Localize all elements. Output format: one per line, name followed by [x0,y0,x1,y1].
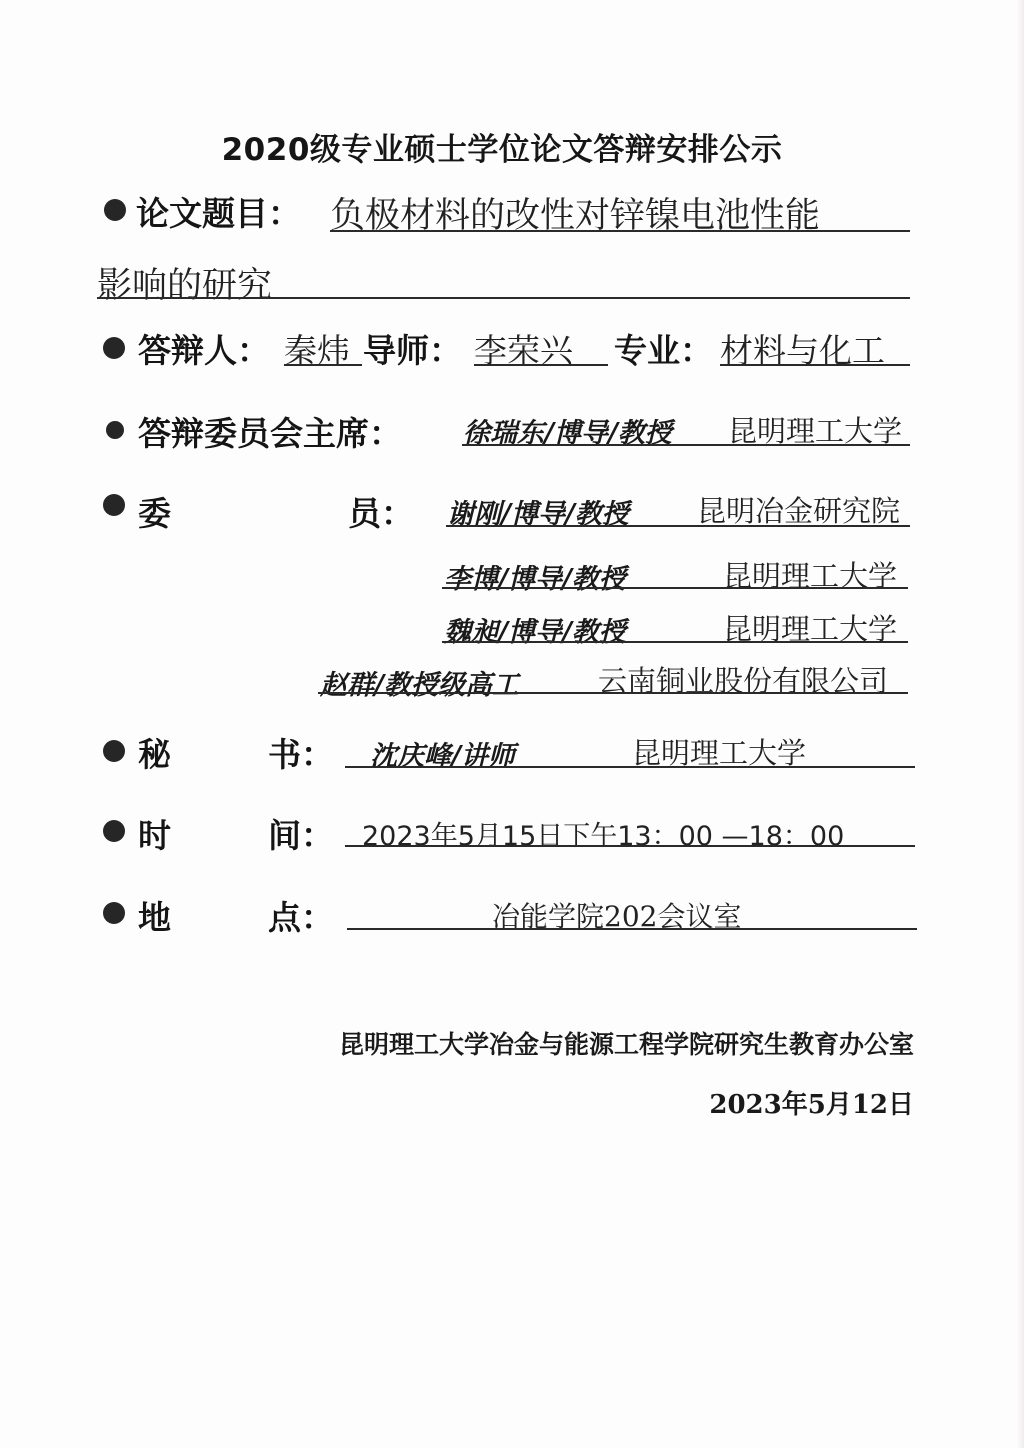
bullet-icon [103,337,125,359]
member-underline [446,525,910,527]
member-underline [442,641,908,643]
bullet-icon [106,421,124,439]
bullet-icon [103,740,125,762]
secretary-label-right: 书： [268,729,334,776]
bullet-icon [104,199,126,221]
issuer: 昆明理工大学冶金与能源工程学院研究生教育办公室 [339,1025,914,1061]
thesis-label: 论文题目： [136,188,301,235]
page-title: 2020级专业硕士学位论文答辩安排公示 [0,124,1004,169]
time-value: 2023年5月15日下午13：00 —18：00 [362,814,844,853]
location-label-right: 点： [268,892,334,939]
defender-underline [284,364,362,366]
secretary-underline [345,766,915,768]
time-underline [345,845,915,847]
location-label-left: 地 [138,892,171,939]
member-underline [318,692,908,694]
time-label-left: 时 [138,810,171,857]
thesis-title-line2: 影响的研究 [97,258,272,308]
member-organization: 昆明冶金研究院 [697,489,900,530]
location-underline [347,928,917,930]
bullet-icon [103,494,125,516]
bullet-icon [103,902,125,924]
member-name-title: 赵群/教授级高工 [320,663,519,702]
secretary-label-left: 秘 [138,729,171,776]
issue-date: 2023年5月12日 [709,1084,914,1121]
member-name-title: 李博/博导/教授 [444,557,626,596]
members-label-left: 委 [138,488,171,535]
page-edge [1018,0,1024,1448]
chair-label: 答辩委员会主席： [138,408,402,455]
thesis-underline-2 [97,297,910,299]
bullet-icon [103,820,125,842]
time-label-right: 间： [268,810,334,857]
members-label-right: 员： [348,488,414,535]
major-label: 专业： [614,325,713,372]
thesis-underline-1 [330,230,910,232]
major-underline [720,364,910,366]
advisor-label: 导师： [363,325,462,372]
member-name-title: 魏昶/博导/教授 [444,610,626,649]
member-underline [442,587,908,589]
chair-underline [462,444,910,446]
advisor-underline [474,364,608,366]
defender-label: 答辩人： [138,325,270,372]
